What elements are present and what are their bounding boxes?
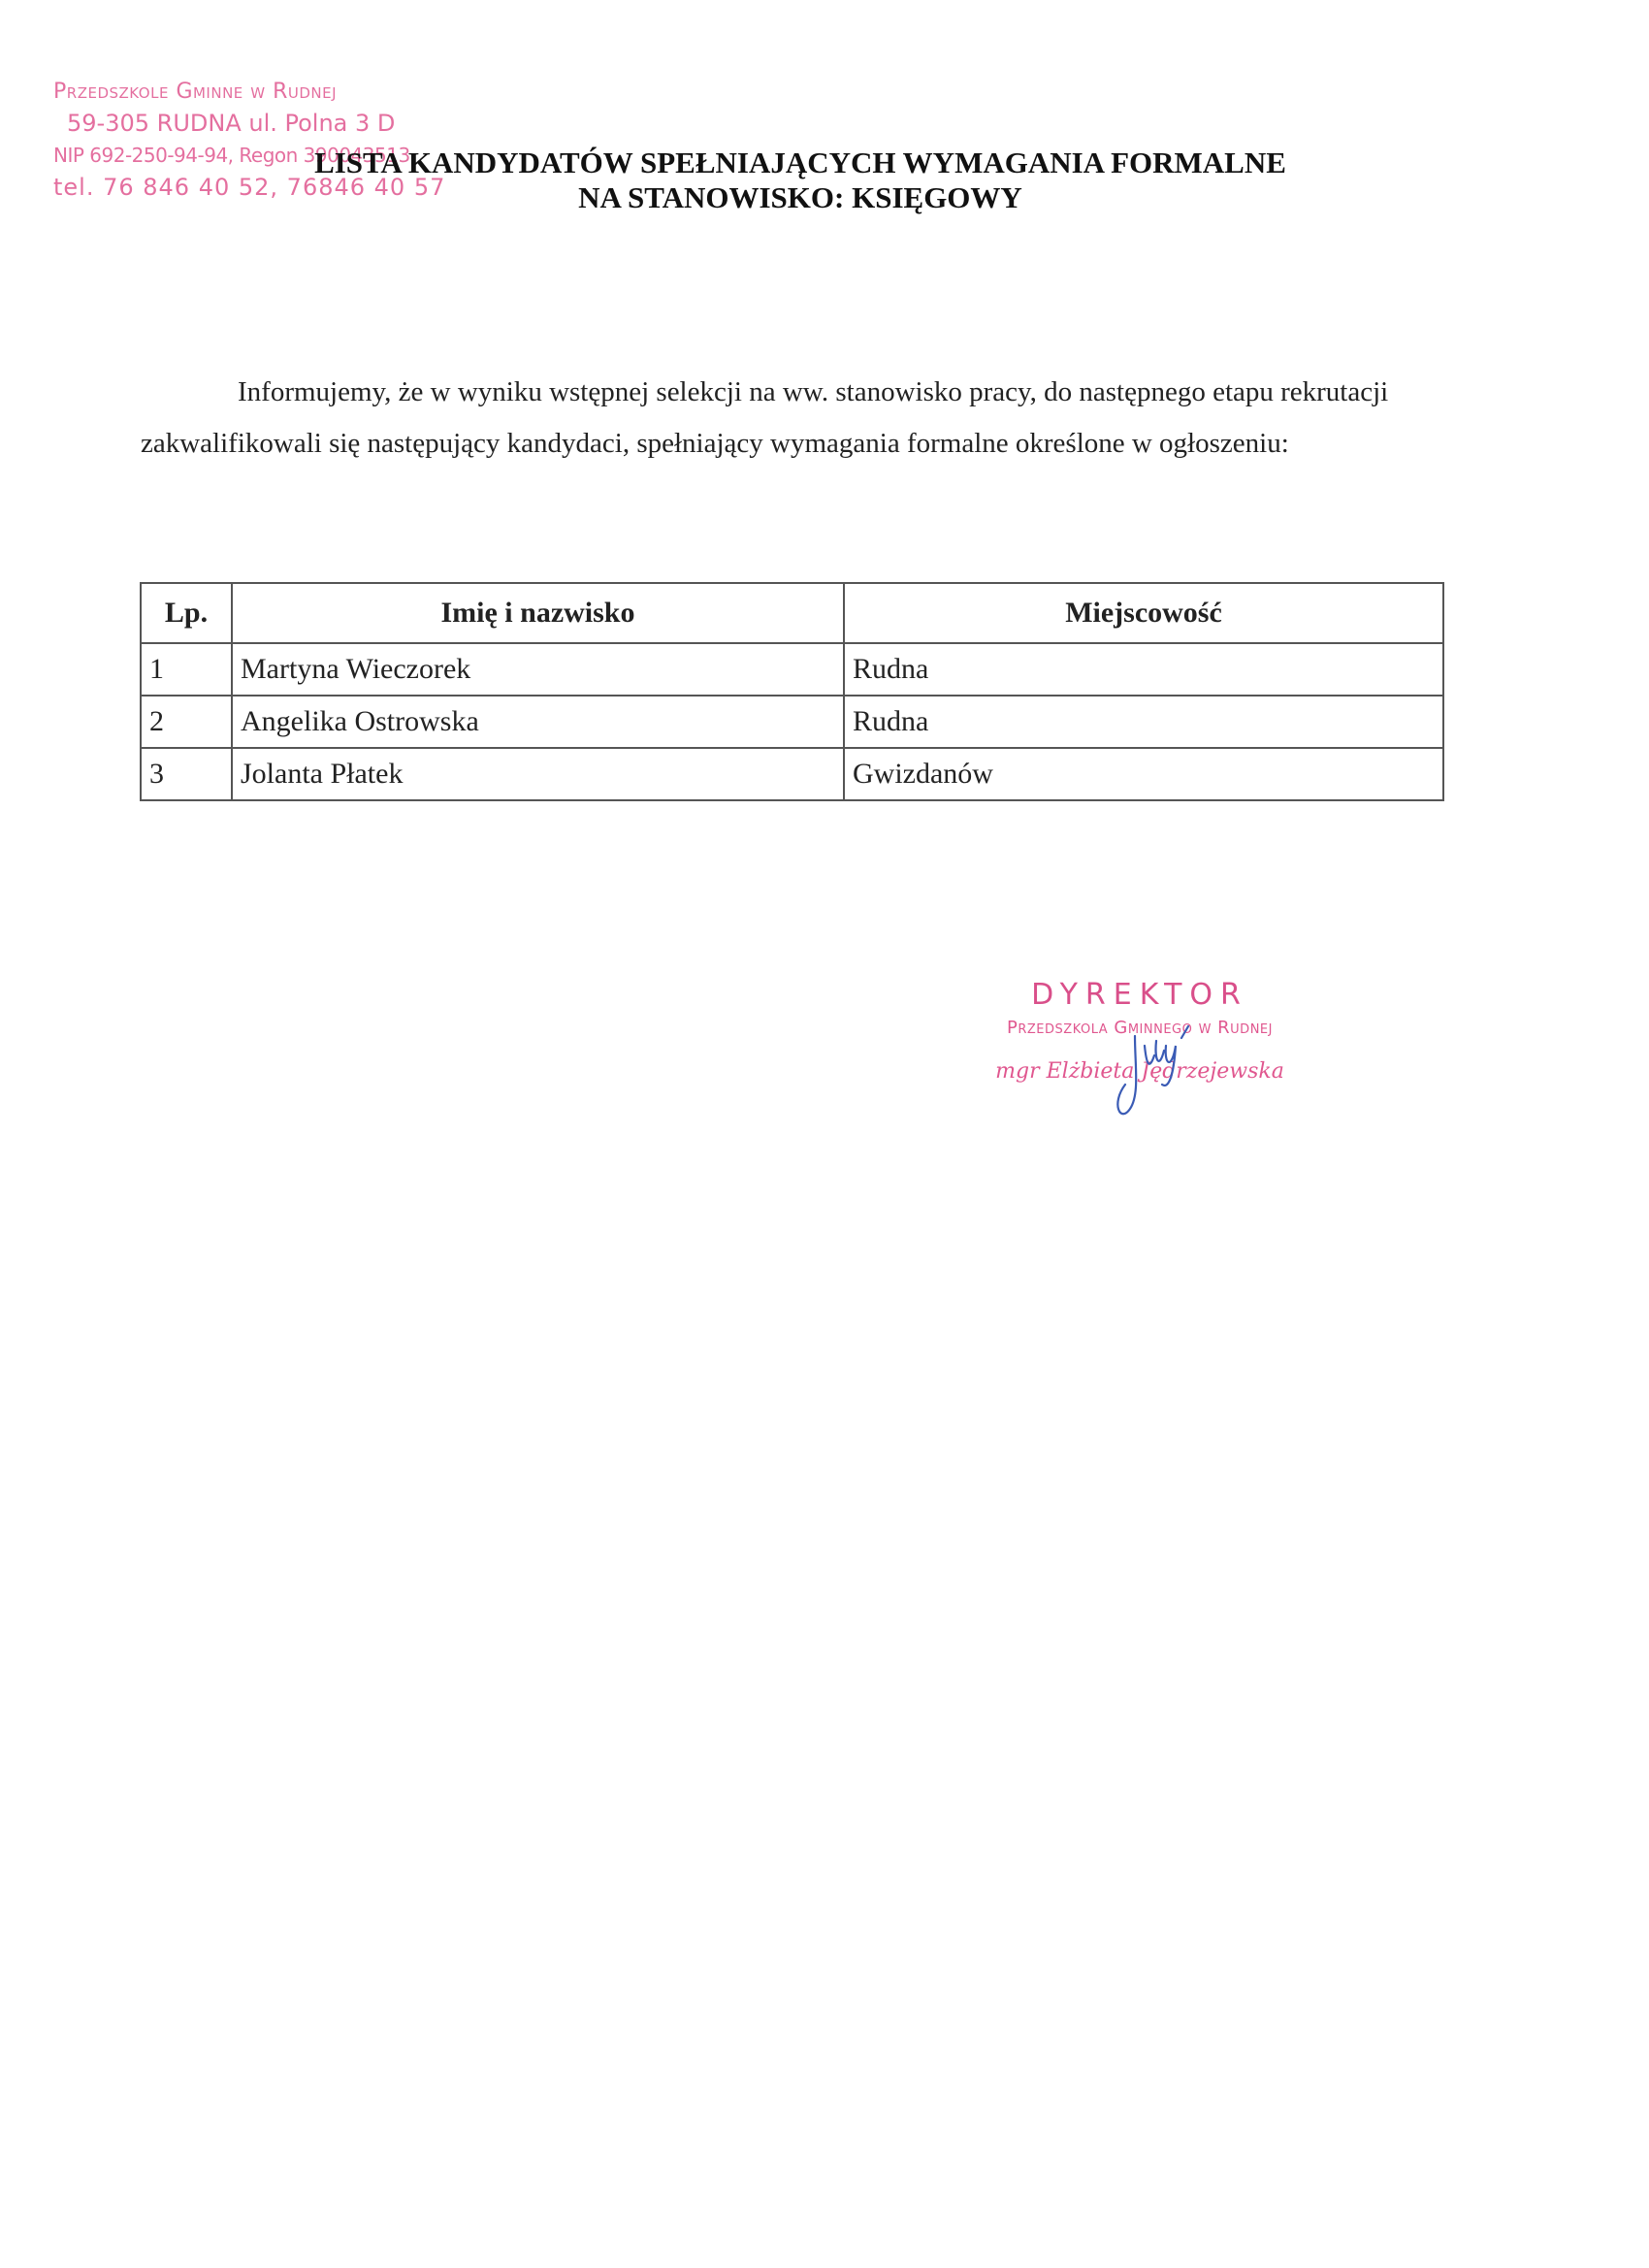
cell-name: Jolanta Płatek [232, 748, 844, 800]
table-row: 1 Martyna Wieczorek Rudna [141, 643, 1443, 696]
header-name: Imię i nazwisko [232, 583, 844, 643]
cell-city: Gwizdanów [844, 748, 1443, 800]
handwritten-signature-icon [1106, 1017, 1203, 1133]
title-line-1: LISTA KANDYDATÓW SPEŁNIAJĄCYCH WYMAGANIA… [242, 146, 1358, 180]
intro-paragraph: Informujemy, że w wyniku wstępnej selekc… [141, 367, 1450, 470]
header-lp: Lp. [141, 583, 232, 643]
signature-role: DYREKTOR [960, 978, 1319, 1012]
stamp-institution-name: Przedszkole Gminne w Rudnej [53, 76, 445, 108]
cell-name: Angelika Ostrowska [232, 696, 844, 748]
director-signature-stamp: DYREKTOR Przedszkola Gminnego w Rudnej m… [960, 978, 1319, 1084]
cell-name: Martyna Wieczorek [232, 643, 844, 696]
table-row: 2 Angelika Ostrowska Rudna [141, 696, 1443, 748]
cell-city: Rudna [844, 696, 1443, 748]
table-row: 3 Jolanta Płatek Gwizdanów [141, 748, 1443, 800]
cell-lp: 3 [141, 748, 232, 800]
stamp-address: 59-305 RUDNA ul. Polna 3 D [53, 108, 445, 140]
header-city: Miejscowość [844, 583, 1443, 643]
table-header-row: Lp. Imię i nazwisko Miejscowość [141, 583, 1443, 643]
title-line-2: NA STANOWISKO: KSIĘGOWY [242, 180, 1358, 215]
document-title: LISTA KANDYDATÓW SPEŁNIAJĄCYCH WYMAGANIA… [242, 146, 1358, 215]
cell-lp: 1 [141, 643, 232, 696]
candidates-table: Lp. Imię i nazwisko Miejscowość 1 Martyn… [140, 582, 1444, 801]
cell-lp: 2 [141, 696, 232, 748]
cell-city: Rudna [844, 643, 1443, 696]
intro-text: Informujemy, że w wyniku wstępnej selekc… [141, 376, 1388, 459]
